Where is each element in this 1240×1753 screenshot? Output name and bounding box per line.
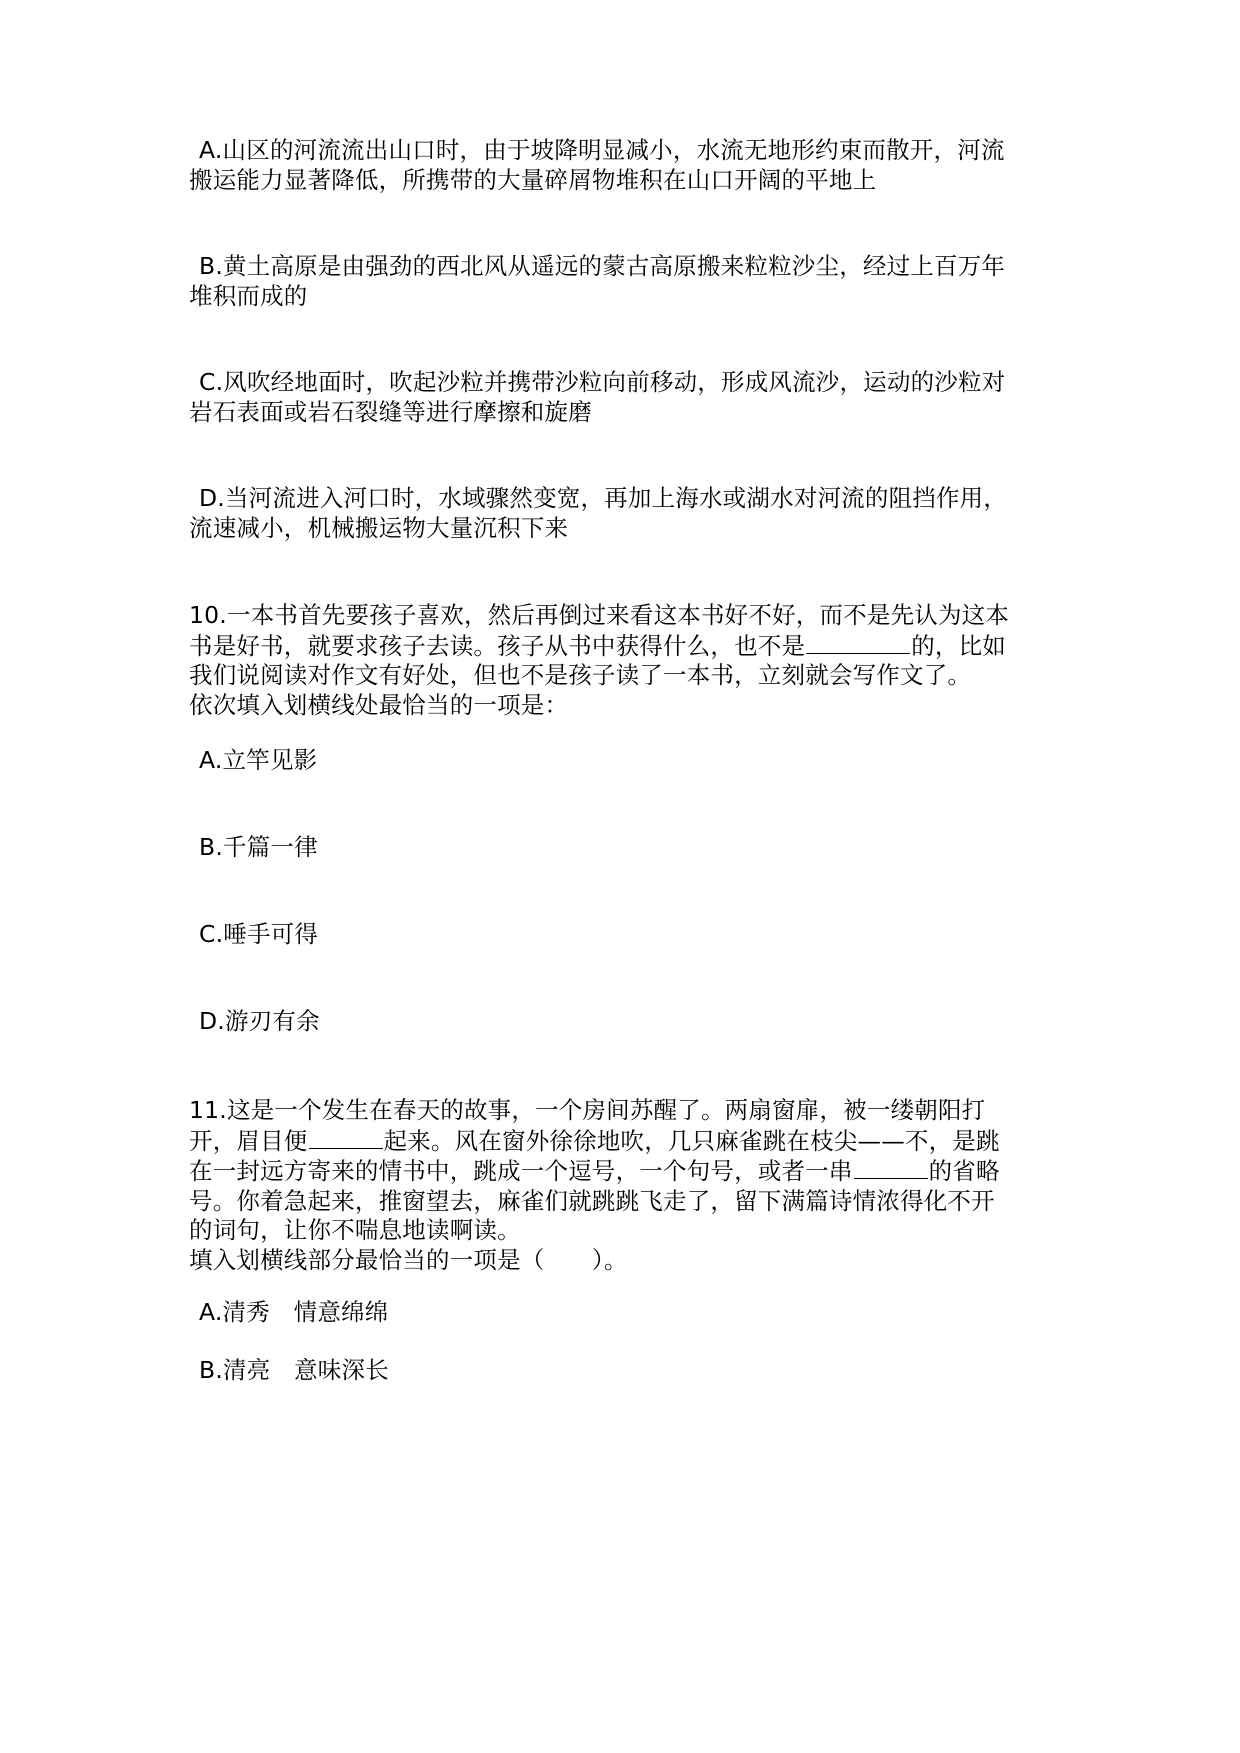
question-number: 11. (189, 1096, 227, 1124)
q9-option-d-line2: 流速减小，机械搬运物大量沉积下来 (189, 514, 1065, 544)
q10-prompt: 依次填入划横线处最恰当的一项是： (189, 691, 1055, 721)
question-10: 10.一本书首先要孩子喜欢，然后再倒过来看这本书好不好，而不是先认为这本 书是好… (189, 601, 1055, 720)
option-label: D. (199, 1007, 225, 1035)
q10-option-c: C.唾手可得 (189, 920, 1065, 950)
q9-option-b-line2: 堆积而成的 (189, 282, 1065, 312)
q11-option-b: B.清亮 意味深长 (189, 1356, 1065, 1386)
q9-option-a: A.山区的河流流出山口时，由于坡降明显减小，水流无地形约束而散开，河流 搬运能力… (189, 136, 1065, 195)
q10-option-d: D.游刃有余 (189, 1007, 1065, 1037)
q10-option-b: B.千篇一律 (189, 833, 1065, 863)
q11-stem-line1: 11.这是一个发生在春天的故事，一个房间苏醒了。两扇窗扉，被一缕朝阳打 (189, 1096, 1055, 1126)
option-text: 千篇一律 (223, 833, 318, 861)
q11-option-a: A.清秀 情意绵绵 (189, 1298, 1065, 1328)
document-page: A.山区的河流流出山口时，由于坡降明显减小，水流无地形约束而散开，河流 搬运能力… (0, 0, 1240, 1753)
q11-stem-line4: 号。你着急起来，推窗望去，麻雀们就跳跳飞走了，留下满篇诗情浓得化不开 (189, 1187, 1055, 1217)
option-label: A. (199, 746, 223, 774)
q11-stem-line3: 在一封远方寄来的情书中，跳成一个逗号，一个句号，或者一串的省略 (189, 1156, 1055, 1187)
fill-in-blank (309, 1126, 383, 1149)
option-label: B. (199, 1356, 223, 1384)
q9-option-c-line2: 岩石表面或岩石裂缝等进行摩擦和旋磨 (189, 398, 1065, 428)
q10-stem-line2: 书是好书，就要求孩子去读。孩子从书中获得什么，也不是的，比如 (189, 631, 1055, 662)
option-label: B. (199, 833, 223, 861)
q9-option-c-line1: C.风吹经地面时，吹起沙粒并携带沙粒向前移动，形成风流沙，运动的沙粒对 (199, 368, 1065, 398)
q9-option-d: D.当河流进入河口时，水域骤然变宽，再加上海水或湖水对河流的阻挡作用， 流速减小… (189, 484, 1065, 543)
q9-option-a-line1: A.山区的河流流出山口时，由于坡降明显减小，水流无地形约束而散开，河流 (199, 136, 1065, 166)
option-label: A. (199, 1298, 223, 1326)
option-text: 清秀 情意绵绵 (223, 1298, 389, 1326)
option-text: 清亮 意味深长 (223, 1356, 389, 1384)
q10-stem-line3: 我们说阅读对作文有好处，但也不是孩子读了一本书，立刻就会写作文了。 (189, 661, 1055, 691)
q10-option-a: A.立竿见影 (189, 746, 1065, 776)
fill-in-blank (806, 631, 910, 654)
option-label: C. (199, 368, 223, 396)
option-text: 唾手可得 (223, 920, 318, 948)
q9-option-a-line2: 搬运能力显著降低，所携带的大量碎屑物堆积在山口开阔的平地上 (189, 166, 1065, 196)
fill-in-blank (854, 1156, 928, 1179)
option-label: D. (199, 484, 225, 512)
q11-stem-line2: 开，眉目便起来。风在窗外徐徐地吹，几只麻雀跳在枝尖——不，是跳 (189, 1126, 1055, 1157)
question-11: 11.这是一个发生在春天的故事，一个房间苏醒了。两扇窗扉，被一缕朝阳打 开，眉目… (189, 1096, 1055, 1275)
q9-option-c: C.风吹经地面时，吹起沙粒并携带沙粒向前移动，形成风流沙，运动的沙粒对 岩石表面… (189, 368, 1065, 427)
q10-stem-line1: 10.一本书首先要孩子喜欢，然后再倒过来看这本书好不好，而不是先认为这本 (189, 601, 1055, 631)
question-number: 10. (189, 601, 227, 629)
option-label: A. (199, 136, 223, 164)
q11-prompt: 填入划横线部分最恰当的一项是（ ）。 (189, 1246, 1055, 1276)
q9-option-b: B.黄土高原是由强劲的西北风从遥远的蒙古高原搬来粒粒沙尘，经过上百万年 堆积而成… (189, 252, 1065, 311)
option-label: C. (199, 920, 223, 948)
option-text: 游刃有余 (225, 1007, 320, 1035)
q9-option-b-line1: B.黄土高原是由强劲的西北风从遥远的蒙古高原搬来粒粒沙尘，经过上百万年 (199, 252, 1065, 282)
q11-stem-line5: 的词句，让你不喘息地读啊读。 (189, 1216, 1055, 1246)
q9-option-d-line1: D.当河流进入河口时，水域骤然变宽，再加上海水或湖水对河流的阻挡作用， (199, 484, 1065, 514)
option-text: 立竿见影 (223, 746, 318, 774)
option-label: B. (199, 252, 223, 280)
